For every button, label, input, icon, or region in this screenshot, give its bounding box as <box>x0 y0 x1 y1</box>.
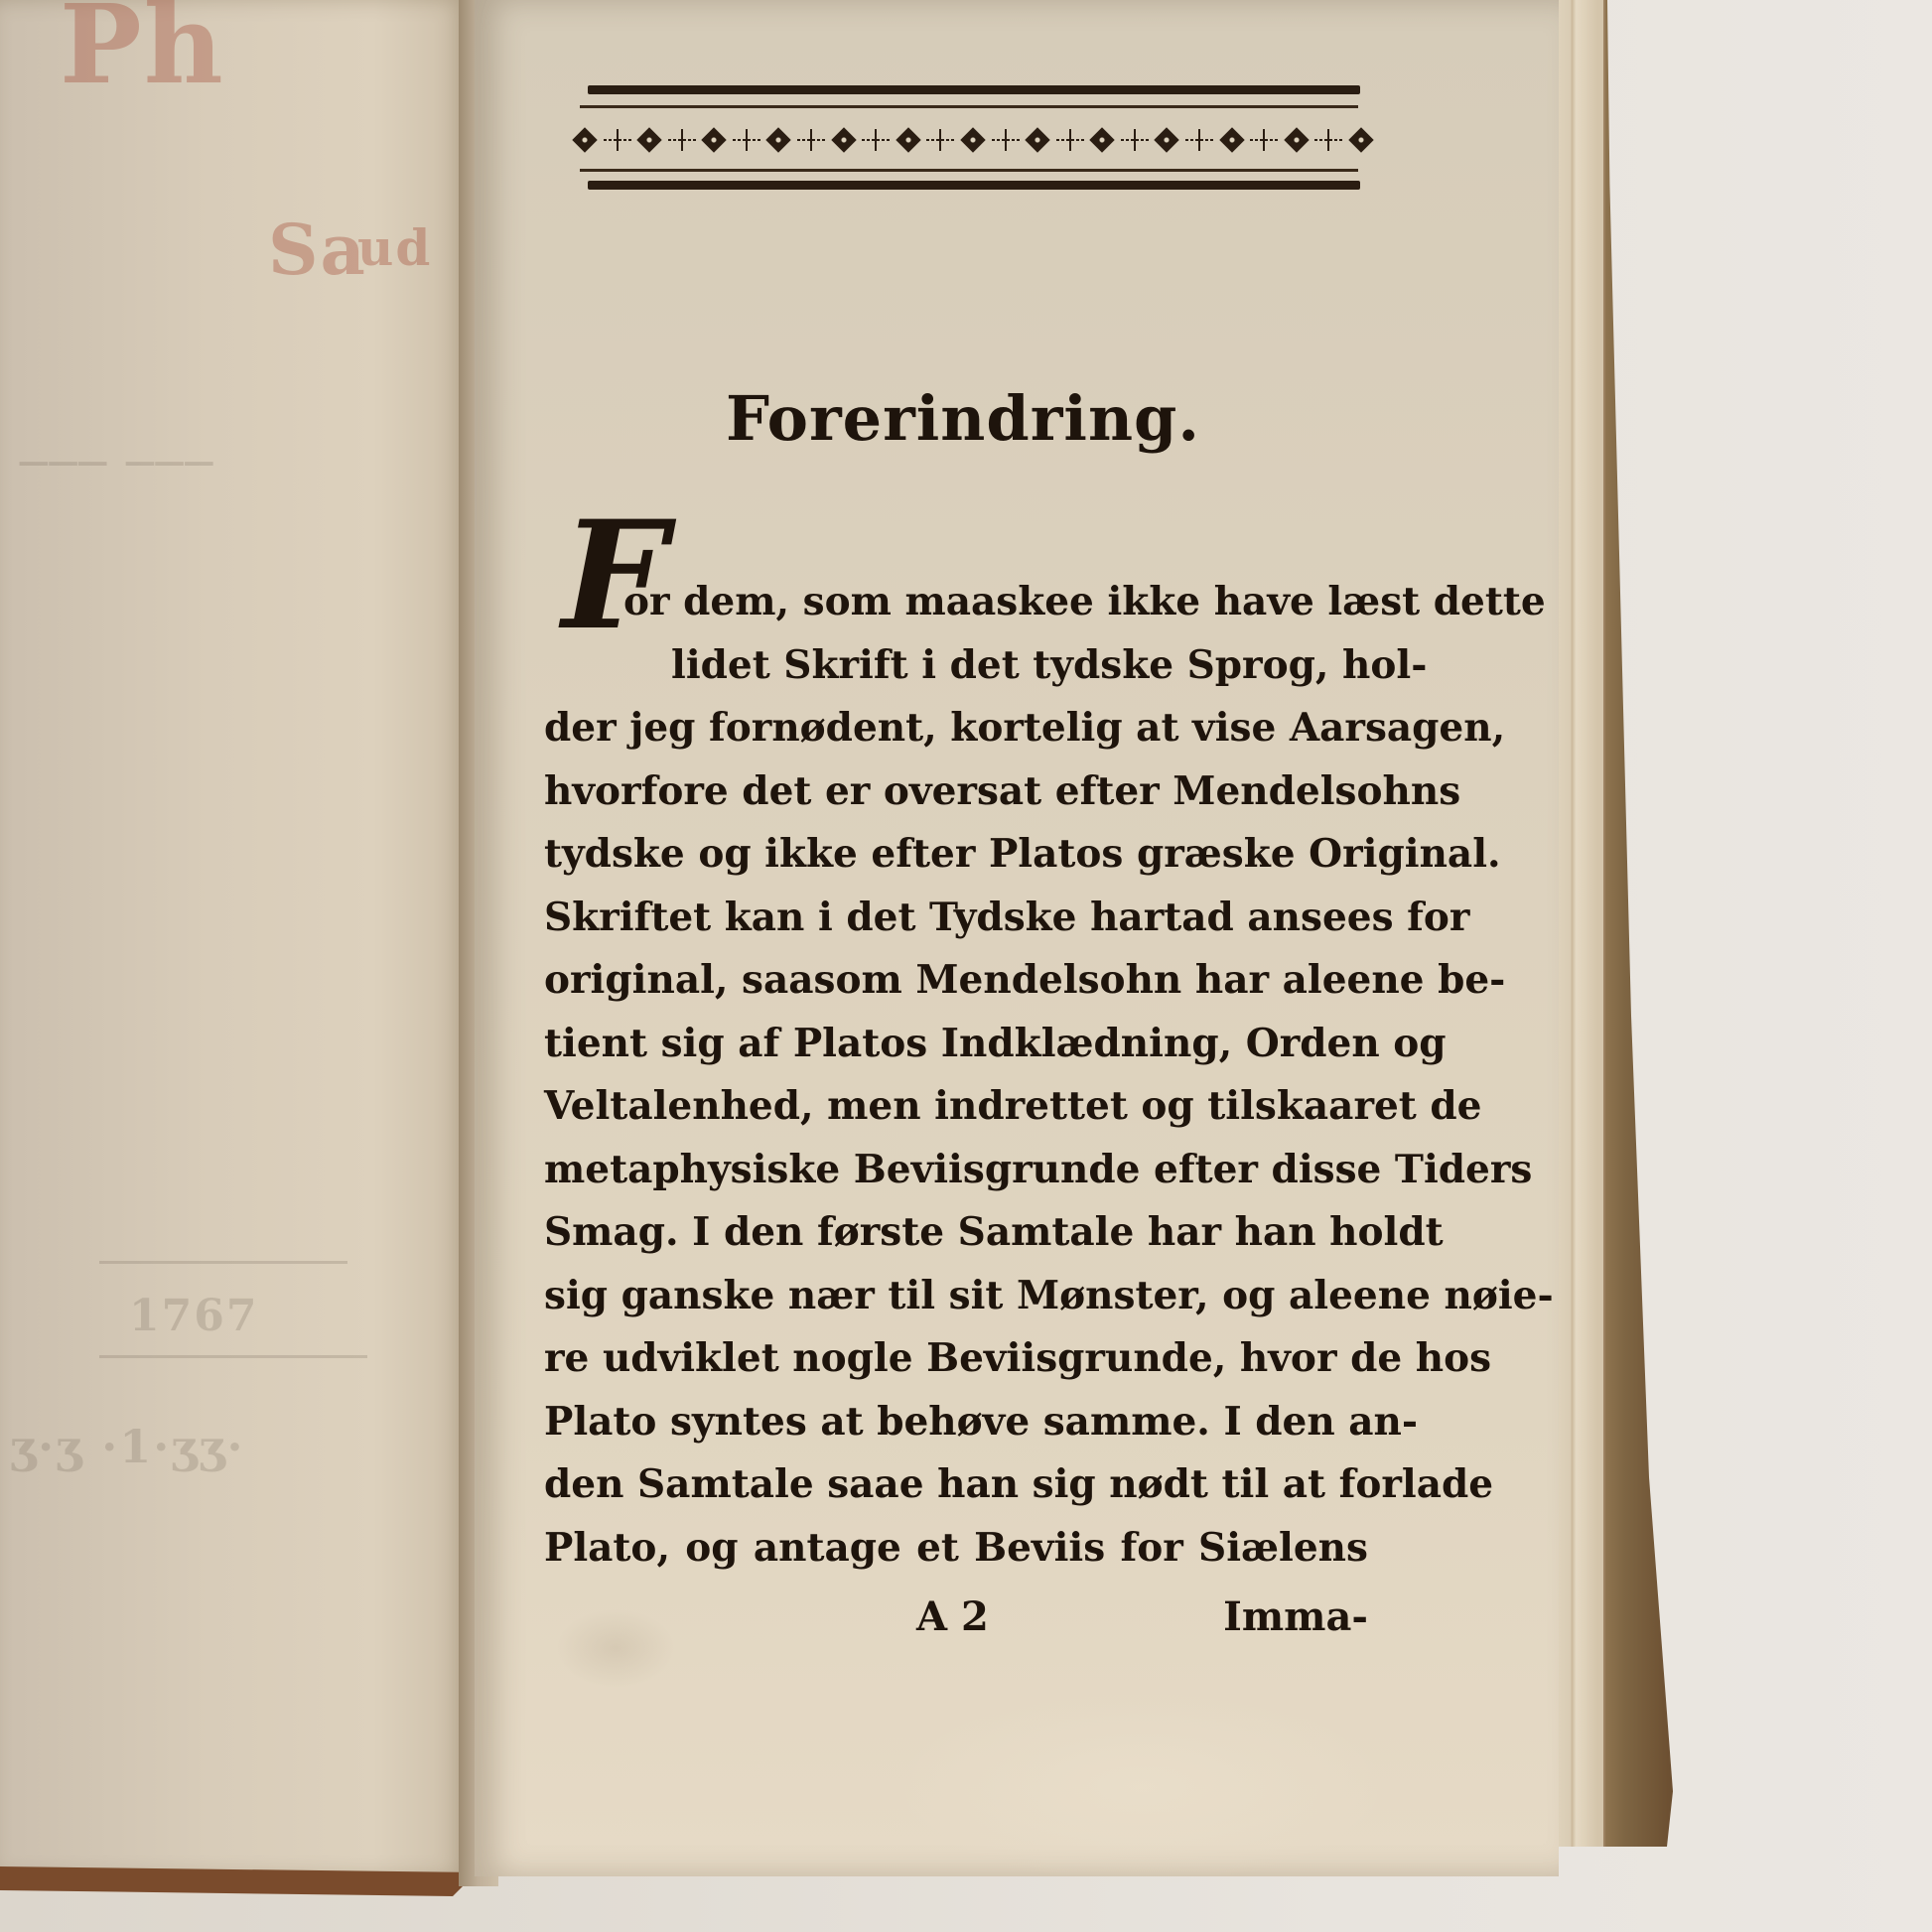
bar-ornament-icon <box>992 129 1020 151</box>
bar-ornament-icon <box>926 129 954 151</box>
text-line: den Samtale saae han sig nødt til at for… <box>544 1453 1368 1517</box>
text-line: der jeg fornødent, kortelig at vise Aars… <box>544 697 1368 760</box>
diamond-ornament-icon <box>1025 127 1049 152</box>
text-line: Smag. I den første Samtale har han holdt <box>544 1201 1368 1265</box>
left-page: Ph Sa ud ─── ─── 1767 ʒ·ʒ ·1·ʒʒ· <box>0 0 467 1876</box>
bar-ornament-icon <box>1314 129 1342 151</box>
catchword: Imma- <box>1223 1593 1368 1640</box>
ornament-rule <box>580 169 1358 172</box>
red-offset-mark: Ph <box>60 0 225 108</box>
text-line: tient sig af Platos Indklædning, Orden o… <box>544 1013 1368 1076</box>
offset-rule <box>99 1355 367 1358</box>
red-offset-mark: Sa <box>268 208 367 291</box>
bar-ornament-icon <box>862 129 890 151</box>
diamond-ornament-icon <box>572 127 597 152</box>
text-line: hvorfore det er oversat efter Mendelsohn… <box>544 760 1368 824</box>
diamond-ornament-icon <box>1284 127 1309 152</box>
header-ornament <box>576 85 1370 195</box>
text-line: tydske og ikke efter Platos græske Origi… <box>544 823 1368 887</box>
offset-rule <box>99 1261 347 1264</box>
page-title: Forerindring. <box>556 382 1370 455</box>
text-line: re udviklet nogle Beviisgrunde, hvor de … <box>544 1327 1368 1391</box>
text-line: sig ganske nær til sit Mønster, og aleen… <box>544 1265 1368 1328</box>
diamond-ornament-icon <box>1219 127 1244 152</box>
ornament-motif-row <box>576 123 1370 157</box>
diamond-ornament-icon <box>766 127 791 152</box>
diamond-ornament-icon <box>831 127 856 152</box>
grey-offset-mark: ─── ─── <box>20 437 214 490</box>
text-line: Skriftet kan i det Tydske hartad ansees … <box>544 887 1368 950</box>
body-paragraph: or dem, som maaskee ikke have læst dette… <box>544 571 1368 1580</box>
bar-ornament-icon <box>733 129 760 151</box>
bar-ornament-icon <box>1056 129 1084 151</box>
ornament-rule <box>588 85 1360 94</box>
bar-ornament-icon <box>1250 129 1278 151</box>
ornament-rule <box>580 105 1358 108</box>
drop-cap: F <box>562 501 668 650</box>
page-footer: A 2 Imma- <box>544 1593 1368 1653</box>
text-line: Plato, og antage et Beviis for Siælens <box>544 1517 1368 1581</box>
diamond-ornament-icon <box>960 127 985 152</box>
bar-ornament-icon <box>1121 129 1149 151</box>
diamond-ornament-icon <box>1348 127 1373 152</box>
bar-ornament-icon <box>797 129 825 151</box>
diamond-ornament-icon <box>636 127 661 152</box>
ornament-rule <box>588 181 1360 190</box>
text-line: Plato syntes at behøve samme. I den an- <box>544 1391 1368 1454</box>
grey-offset-mark: 1767 <box>129 1291 258 1341</box>
bar-ornament-icon <box>1185 129 1213 151</box>
text-line: original, saasom Mendelsohn har aleene b… <box>544 949 1368 1013</box>
signature-mark: A 2 <box>916 1593 989 1640</box>
diamond-ornament-icon <box>702 127 727 152</box>
text-line: metaphysiske Beviisgrunde efter disse Ti… <box>544 1139 1368 1202</box>
grey-offset-mark: ʒ·ʒ ·1·ʒʒ· <box>10 1420 245 1473</box>
diamond-ornament-icon <box>1155 127 1179 152</box>
text-line: Veltalenhed, men indrettet og tilskaaret… <box>544 1075 1368 1139</box>
diamond-ornament-icon <box>1090 127 1115 152</box>
bar-ornament-icon <box>668 129 696 151</box>
diamond-ornament-icon <box>896 127 920 152</box>
red-offset-mark: ud <box>357 218 432 277</box>
bar-ornament-icon <box>604 129 631 151</box>
